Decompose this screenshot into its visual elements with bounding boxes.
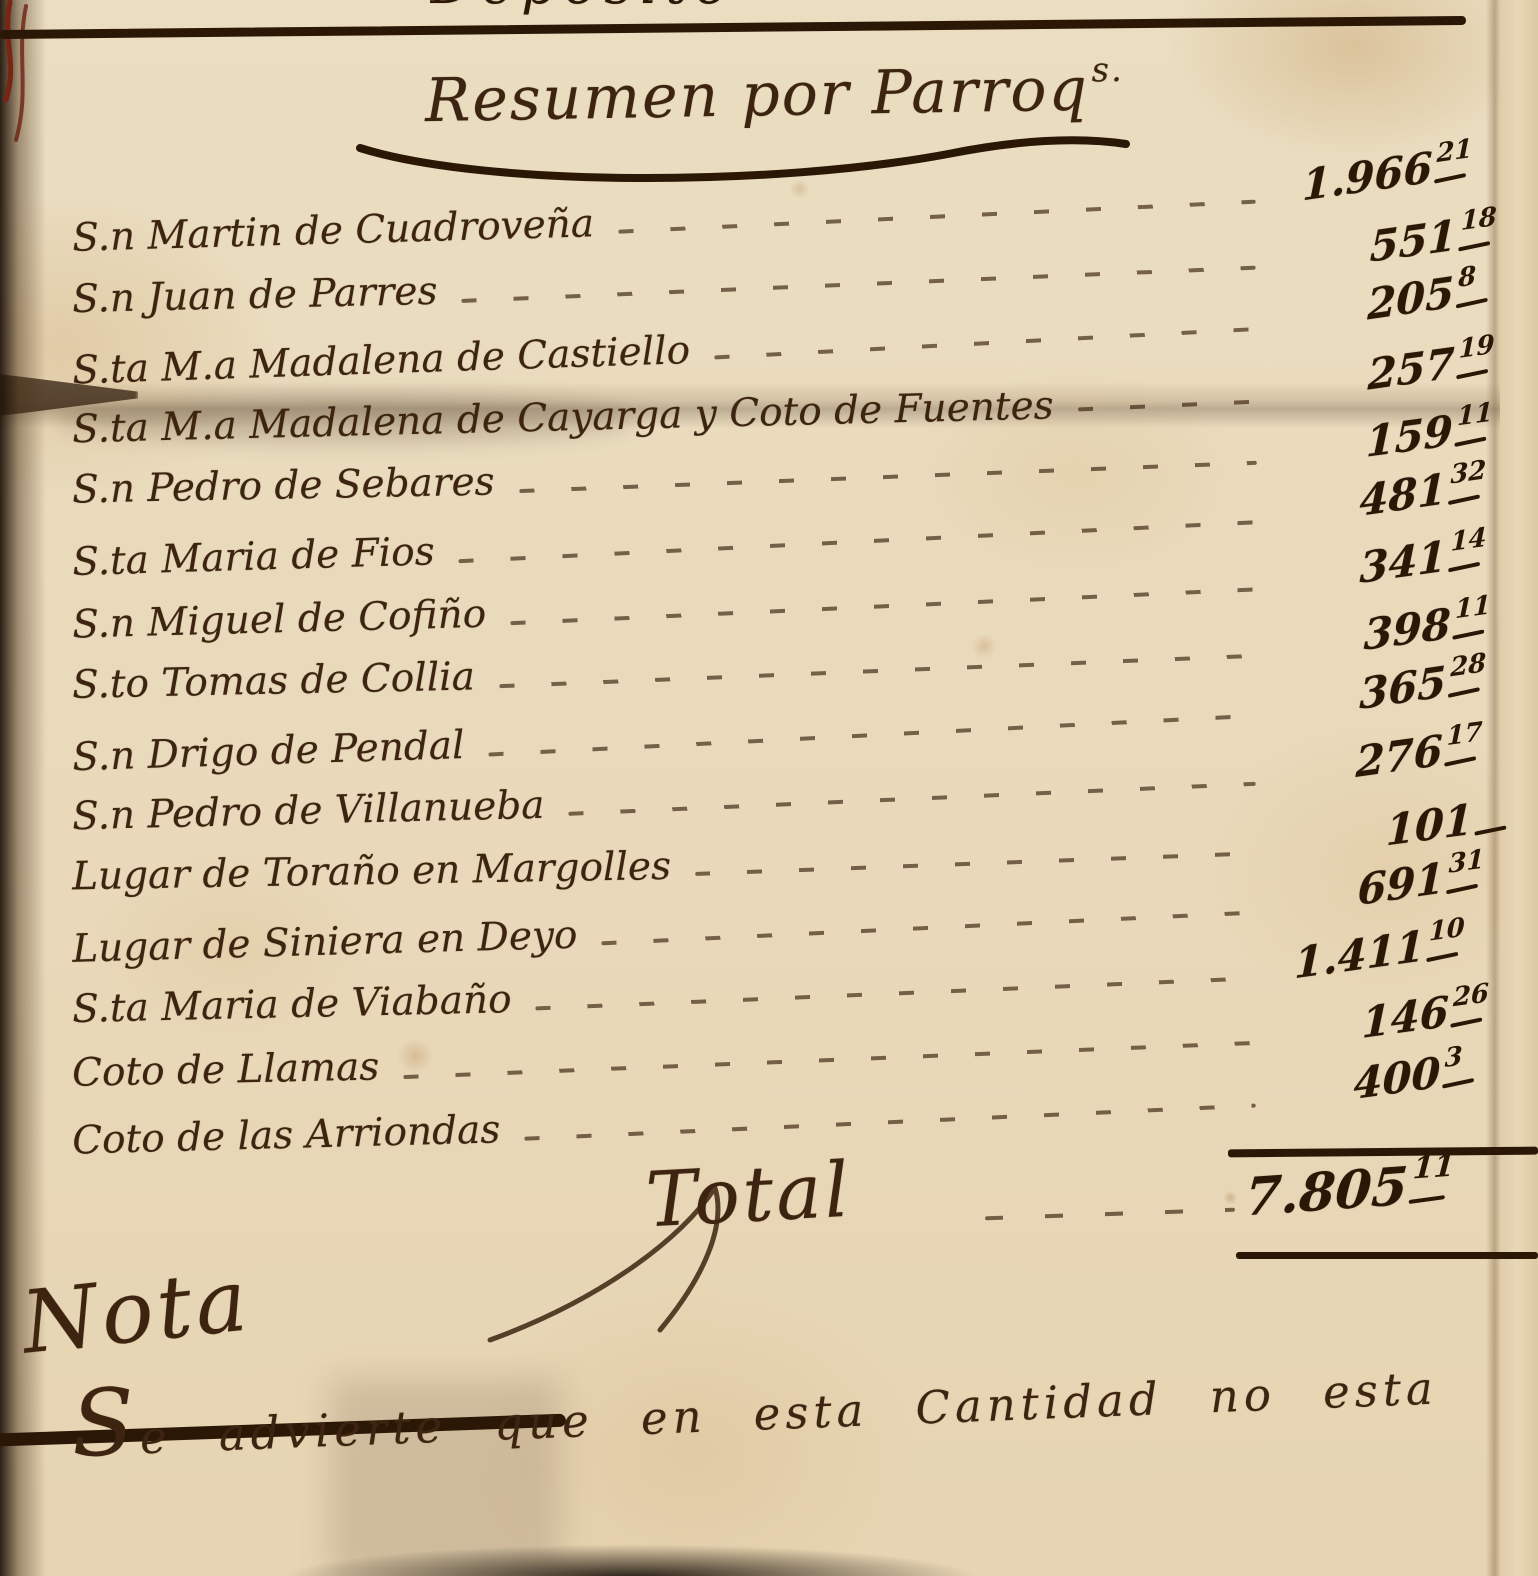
parish-name: S.n Pedro de Villanueba bbox=[72, 783, 545, 840]
dash-leader bbox=[602, 910, 1256, 945]
dash-leader bbox=[569, 782, 1256, 816]
amount-dash bbox=[1450, 1017, 1482, 1028]
amount-dash bbox=[1454, 437, 1486, 447]
dash-leader bbox=[510, 587, 1255, 625]
title-text: Resumen por Parroq bbox=[424, 55, 1089, 137]
amount-dash bbox=[1448, 561, 1480, 572]
dash-leader bbox=[404, 1041, 1256, 1079]
amount-dash bbox=[1446, 883, 1478, 894]
dash-leader bbox=[525, 1104, 1256, 1141]
dash-leader bbox=[714, 328, 1256, 360]
amount-superscript: 18 bbox=[1461, 201, 1497, 236]
amount-dash bbox=[1426, 952, 1458, 963]
amount-dash bbox=[1474, 825, 1506, 835]
note-flourish bbox=[480, 1180, 900, 1350]
parish-name: S.n Miguel de Cofiño bbox=[72, 591, 487, 647]
dash-leader bbox=[695, 852, 1256, 877]
parish-name: S.ta Maria de Fios bbox=[72, 529, 436, 585]
manuscript-page: Deposito Resumen por Parroqs. S.n Martin… bbox=[0, 0, 1538, 1576]
amount-dash bbox=[1448, 494, 1480, 505]
amount-superscript: 14 bbox=[1450, 522, 1486, 557]
amount-superscript: 10 bbox=[1429, 912, 1465, 947]
dash-leader bbox=[459, 521, 1256, 564]
dash-leader bbox=[1078, 400, 1256, 412]
amount-superscript: 11 bbox=[1457, 398, 1494, 433]
parish-name: Lugar de Toraño en Margolles bbox=[72, 844, 672, 899]
amount-superscript: 32 bbox=[1450, 455, 1486, 491]
amount-dash bbox=[1442, 1078, 1474, 1089]
amount-superscript: 3 bbox=[1444, 1041, 1462, 1074]
dash-leader bbox=[489, 714, 1256, 757]
parish-name: S.n Juan de Parres bbox=[72, 268, 438, 321]
parish-name: Coto de las Arriondas bbox=[72, 1107, 501, 1163]
parish-name: S.n Pedro de Sebares bbox=[72, 460, 495, 513]
total-amount-superscript: 11 bbox=[1412, 1148, 1456, 1186]
amount-superscript: 21 bbox=[1436, 133, 1472, 168]
total-amount: 7.80511 bbox=[1243, 1153, 1454, 1229]
title-superscript: s. bbox=[1091, 50, 1124, 91]
amount-value: 101 bbox=[1385, 794, 1473, 855]
total-amount-value: 7.805 bbox=[1243, 1156, 1410, 1229]
amount-superscript: 19 bbox=[1458, 329, 1494, 364]
amount-superscript: 17 bbox=[1447, 717, 1483, 752]
amount-value: 400 bbox=[1353, 1047, 1441, 1109]
parish-list: S.n Martin de Cuadroveña 1.96621 S.n Jua… bbox=[72, 186, 1492, 1155]
parish-name: Lugar de Siniera en Deyo bbox=[72, 912, 578, 971]
amount-dash bbox=[1458, 240, 1490, 251]
parish-name: S.ta Maria de Viabaño bbox=[72, 977, 512, 1032]
amount-dash bbox=[1456, 298, 1488, 309]
amount-value: 159 bbox=[1365, 406, 1453, 467]
parish-name: S.n Martin de Cuadroveña bbox=[72, 201, 595, 261]
bottom-edge-shadow bbox=[280, 1544, 980, 1576]
amount-superscript: 11 bbox=[1455, 590, 1492, 625]
amount-dash bbox=[1452, 629, 1484, 640]
parish-name: S.n Drigo de Pendal bbox=[72, 723, 466, 780]
note-line: Se advierte que en esta Cantidad no esta bbox=[71, 1359, 1518, 1467]
total-amount-dash bbox=[1409, 1195, 1445, 1204]
amount-superscript: 31 bbox=[1448, 844, 1484, 879]
dash-leader bbox=[462, 266, 1256, 303]
note-heading: Nota bbox=[17, 1250, 255, 1373]
amount-value: 1.966 bbox=[1302, 142, 1433, 210]
total-dash-leader bbox=[985, 1208, 1235, 1221]
amount-dash bbox=[1456, 368, 1488, 379]
dash-leader bbox=[618, 200, 1256, 234]
page-edge-strip bbox=[1500, 0, 1538, 1576]
amount-value: 398 bbox=[1363, 599, 1451, 660]
dash-leader bbox=[499, 654, 1256, 688]
amount: 1.96621 bbox=[1268, 137, 1473, 216]
parish-name: Coto de Llamas bbox=[72, 1044, 380, 1095]
amount-superscript: 28 bbox=[1450, 647, 1486, 683]
amount-superscript: 26 bbox=[1453, 978, 1490, 1013]
parish-name: S.to Tomas de Collia bbox=[72, 654, 476, 707]
amount-dash bbox=[1434, 173, 1466, 184]
page-title: Resumen por Parroqs. bbox=[424, 50, 1124, 136]
amount-dash bbox=[1448, 687, 1480, 698]
total-rule-bottom bbox=[1236, 1252, 1538, 1259]
amount-dash bbox=[1444, 756, 1476, 767]
dash-leader bbox=[536, 977, 1256, 1011]
amount-superscript: 8 bbox=[1458, 261, 1476, 294]
amount-value: 276 bbox=[1355, 726, 1443, 788]
dash-leader bbox=[519, 461, 1256, 493]
